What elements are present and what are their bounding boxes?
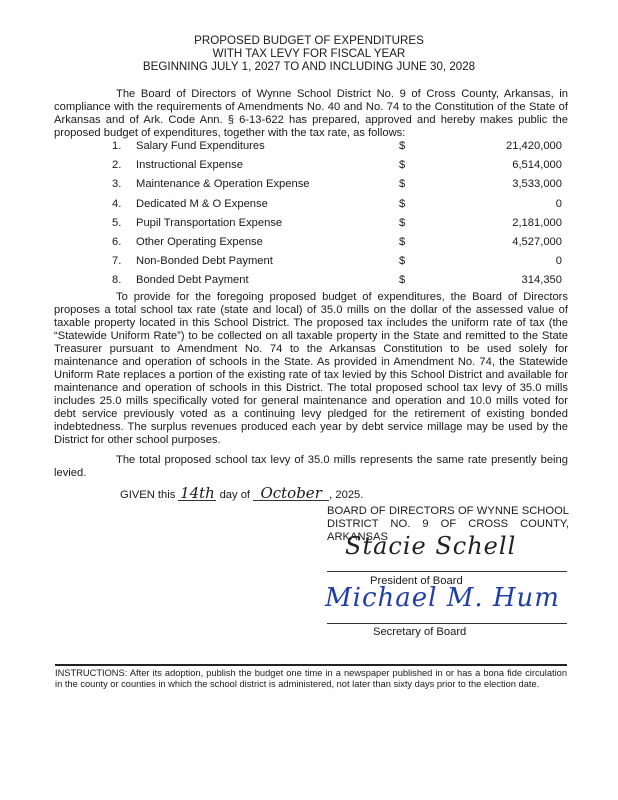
intro-text: The Board of Directors of Wynne School D…	[54, 88, 568, 139]
budget-item-amount: 21,420,000	[506, 140, 562, 153]
same-rate-paragraph: The total proposed school tax levy of 35…	[54, 454, 568, 480]
given-day-handwritten: 14th	[178, 486, 216, 501]
currency-symbol: $	[399, 140, 405, 153]
budget-item-label: Dedicated M & O Expense	[136, 198, 268, 211]
budget-row: 4.Dedicated M & O Expense$0	[112, 198, 562, 217]
budget-row: 2.Instructional Expense$6,514,000	[112, 159, 562, 178]
instructions-text: INSTRUCTIONS: After its adoption, publis…	[55, 668, 567, 691]
currency-symbol: $	[399, 159, 405, 172]
currency-symbol: $	[399, 236, 405, 249]
currency-symbol: $	[399, 217, 405, 230]
budget-item-amount: 3,533,000	[512, 178, 562, 191]
tax-explanation-text: To provide for the foregoing proposed bu…	[54, 291, 568, 446]
currency-symbol: $	[399, 198, 405, 211]
budget-item-label: Pupil Transportation Expense	[136, 217, 282, 230]
secretary-signature-line	[327, 623, 567, 624]
document-title: PROPOSED BUDGET OF EXPENDITURES WITH TAX…	[0, 34, 618, 73]
intro-paragraph: The Board of Directors of Wynne School D…	[54, 88, 568, 140]
budget-item-amount: 314,350	[522, 274, 562, 287]
budget-item-number: 4.	[112, 198, 121, 211]
given-month-handwritten: October	[253, 486, 329, 501]
budget-item-number: 1.	[112, 140, 121, 153]
budget-item-number: 3.	[112, 178, 121, 191]
budget-row: 5.Pupil Transportation Expense$2,181,000	[112, 217, 562, 236]
budget-row: 6.Other Operating Expense$4,527,000	[112, 236, 562, 255]
given-middle: day of	[220, 489, 250, 501]
budget-item-label: Maintenance & Operation Expense	[136, 178, 310, 191]
budget-item-label: Other Operating Expense	[136, 236, 263, 249]
title-line-3: BEGINNING JULY 1, 2027 TO AND INCLUDING …	[0, 60, 618, 73]
budget-item-number: 2.	[112, 159, 121, 172]
budget-row: 7.Non-Bonded Debt Payment$0	[112, 255, 562, 274]
given-prefix: GIVEN this	[120, 489, 175, 501]
currency-symbol: $	[399, 178, 405, 191]
budget-item-label: Salary Fund Expenditures	[136, 140, 265, 153]
budget-item-number: 7.	[112, 255, 121, 268]
budget-item-label: Non-Bonded Debt Payment	[136, 255, 273, 268]
budget-item-amount: 0	[556, 198, 562, 211]
budget-item-label: Bonded Debt Payment	[136, 274, 249, 287]
title-line-1: PROPOSED BUDGET OF EXPENDITURES	[0, 34, 618, 47]
budget-item-number: 8.	[112, 274, 121, 287]
given-line: GIVEN this 14th day of October, 2025.	[120, 486, 363, 502]
instructions-divider	[55, 664, 567, 666]
title-line-2: WITH TAX LEVY FOR FISCAL YEAR	[0, 47, 618, 60]
secretary-signature: Michael M. Hum	[325, 592, 560, 605]
secretary-label: Secretary of Board	[373, 626, 466, 639]
budget-item-amount: 6,514,000	[512, 159, 562, 172]
currency-symbol: $	[399, 274, 405, 287]
budget-row: 1.Salary Fund Expenditures$21,420,000	[112, 140, 562, 159]
president-signature-line	[327, 571, 567, 572]
given-suffix: , 2025.	[329, 489, 363, 501]
budget-item-number: 6.	[112, 236, 121, 249]
budget-item-label: Instructional Expense	[136, 159, 243, 172]
president-signature: Stacie Schell	[345, 540, 516, 553]
budget-item-amount: 4,527,000	[512, 236, 562, 249]
currency-symbol: $	[399, 255, 405, 268]
budget-table: 1.Salary Fund Expenditures$21,420,0002.I…	[112, 140, 562, 294]
budget-item-number: 5.	[112, 217, 121, 230]
tax-explanation-paragraph: To provide for the foregoing proposed bu…	[54, 291, 568, 447]
same-rate-text: The total proposed school tax levy of 35…	[54, 454, 568, 479]
budget-item-amount: 2,181,000	[512, 217, 562, 230]
budget-item-amount: 0	[556, 255, 562, 268]
budget-row: 3.Maintenance & Operation Expense$3,533,…	[112, 178, 562, 197]
